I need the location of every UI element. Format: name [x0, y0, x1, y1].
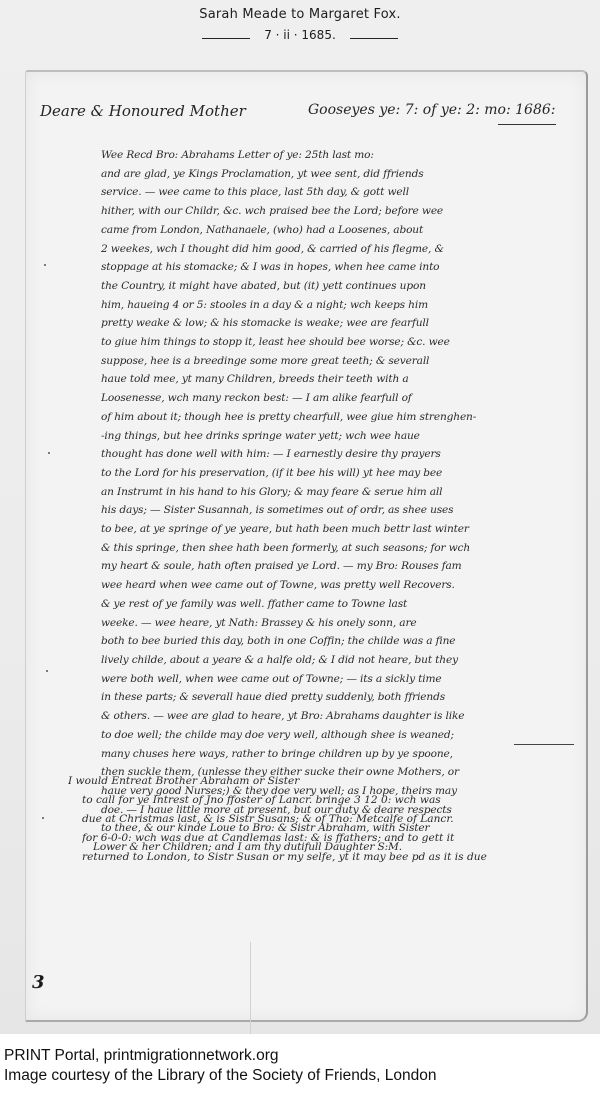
- manuscript-scan: Sarah Meade to Margaret Fox. 7 · ii · 16…: [0, 0, 600, 1034]
- letter-salutation: Deare & Honoured Mother: [40, 102, 246, 120]
- letter-line: Wee Recd Bro: Abrahams Letter of ye: 25t…: [101, 146, 581, 165]
- letter-line: both to bee buried this day, both in one…: [101, 632, 581, 651]
- letter-line: 2 weekes, wch I thought did him good, & …: [101, 240, 581, 259]
- letter-dateline: Gooseyes ye: 7: of ye: 2: mo: 1686:: [308, 102, 556, 118]
- credit-courtesy: Image courtesy of the Library of the Soc…: [4, 1066, 437, 1086]
- letter-line: & ye rest of ye family was well. ffather…: [101, 595, 581, 614]
- letter-line: to giue him things to stopp it, least he…: [101, 333, 581, 352]
- letter-line: him, haueing 4 or 5: stooles in a day & …: [101, 296, 581, 315]
- signature-underline: [514, 744, 574, 745]
- heading-title: Sarah Meade to Margaret Fox.: [0, 4, 600, 26]
- letter-line: came from London, Nathanaele, (who) had …: [101, 221, 581, 240]
- credit-source: PRINT Portal, printmigrationnetwork.org: [4, 1046, 437, 1066]
- margin-mark: [44, 264, 46, 266]
- document-heading: Sarah Meade to Margaret Fox. 7 · ii · 16…: [0, 4, 600, 44]
- letter-line: an Instrumt in his hand to his Glory; & …: [101, 483, 581, 502]
- letter-line: hither, with our Childr, &c. wch praised…: [101, 202, 581, 221]
- postscript-line: I would Entreat Brother Abraham or Siste…: [68, 772, 578, 791]
- letter-line: pretty weake & low; & his stomacke is we…: [101, 314, 581, 333]
- letter-line: thought has done well with him: — I earn…: [101, 445, 581, 464]
- letter-line: stoppage at his stomacke; & I was in hop…: [101, 258, 581, 277]
- letter-body: Wee Recd Bro: Abrahams Letter of ye: 25t…: [101, 146, 581, 857]
- dateline-underline: [498, 124, 556, 125]
- paper-fold-line: [250, 942, 251, 1034]
- letter-line: suppose, hee is a breedinge some more gr…: [101, 352, 581, 371]
- letter-line: to doe well; the childe may doe very wel…: [101, 726, 581, 745]
- letter-line: many chuses here ways, rather to bringe …: [101, 745, 581, 764]
- letter-line: in these parts; & severall haue died pre…: [101, 688, 581, 707]
- letter-line: service. — wee came to this place, last …: [101, 183, 581, 202]
- letter-line: haue told mee, yt many Children, breeds …: [101, 370, 581, 389]
- margin-mark: [48, 452, 50, 454]
- letter-line: to the Lord for his preservation, (if it…: [101, 464, 581, 483]
- letter-line: to bee, at ye springe of ye yeare, but h…: [101, 520, 581, 539]
- letter-line: -ing things, but hee drinks springe wate…: [101, 427, 581, 446]
- letter-line: his days; — Sister Susannah, is sometime…: [101, 501, 581, 520]
- postscript-line: for 6-0-0: wch was due at Candlemas last…: [82, 829, 578, 848]
- letter-line: lively childe, about a yeare & a halfe o…: [101, 651, 581, 670]
- letter-line: were both well, when wee came out of Tow…: [101, 670, 581, 689]
- page-mark: 3: [32, 972, 45, 993]
- letter-line: and are glad, ye Kings Proclamation, yt …: [101, 165, 581, 184]
- margin-mark: [46, 670, 48, 672]
- postscript-line: to call for ye Intrest of Jno ffoster of…: [82, 791, 578, 810]
- letter-line: my heart & soule, hath often praised ye …: [101, 557, 581, 576]
- letter-line: wee heard when wee came out of Towne, wa…: [101, 576, 581, 595]
- heading-rule-right: [350, 38, 398, 39]
- heading-rule-left: [202, 38, 250, 39]
- letter-line: Loosenesse, wch many reckon best: — I am…: [101, 389, 581, 408]
- postscript-line: returned to London, to Sistr Susan or my…: [82, 848, 578, 867]
- postscript-line: due at Christmas last, & is Sistr Susans…: [82, 810, 578, 829]
- letter-line: of him about it; though hee is pretty ch…: [101, 408, 581, 427]
- letter-line: the Country, it might have abated, but (…: [101, 277, 581, 296]
- letter-paper: Deare & Honoured Mother Gooseyes ye: 7: …: [25, 70, 588, 1022]
- heading-date-row: 7 · ii · 1685.: [0, 26, 600, 44]
- margin-mark: [42, 817, 44, 819]
- letter-line: weeke. — wee heare, yt Nath: Brassey & h…: [101, 614, 581, 633]
- image-credit: PRINT Portal, printmigrationnetwork.org …: [4, 1046, 437, 1086]
- letter-postscript: I would Entreat Brother Abraham or Siste…: [68, 772, 578, 867]
- heading-date: 7 · ii · 1685.: [264, 26, 336, 44]
- letter-line: & others. — wee are glad to heare, yt Br…: [101, 707, 581, 726]
- letter-line: & this springe, then shee hath been form…: [101, 539, 581, 558]
